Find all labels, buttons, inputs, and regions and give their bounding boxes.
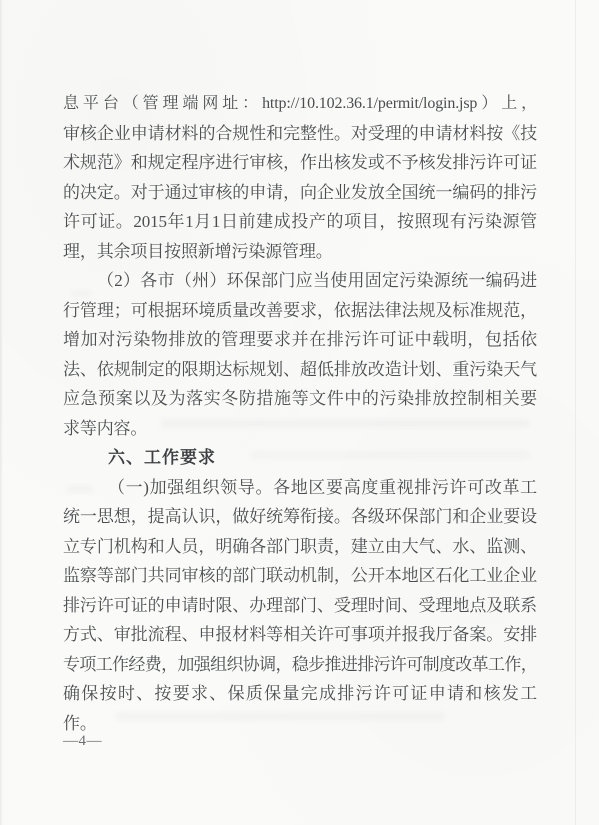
text-line: 许可证。2015年1月1日前建成投产的项目，按照现有污染源管 xyxy=(63,207,537,237)
text-line: 统一思想，提高认识，做好统筹衔接。各级环保部门和企业要设 xyxy=(63,502,537,532)
text-line: 立专门机构和人员，明确各部门职责，建立由大气、水、监测、 xyxy=(63,532,537,562)
text-line: 的决定。对于通过审核的申请，向企业发放全国统一编码的排污 xyxy=(63,178,537,208)
text-line: 专项工作经费，加强组织协调，稳步推进排污许可制度改革工作， xyxy=(63,650,537,680)
text-line: （一)加强组织领导。各地区要高度重视排污许可改革工作， xyxy=(63,473,537,503)
text-line: 确保按时、按要求、保质保量完成排污许可证申请和核发工 xyxy=(63,679,537,709)
text-line: （2）各市（州）环保部门应当使用固定污染源统一编码进 xyxy=(63,266,537,296)
scan-edge-right xyxy=(575,0,576,825)
text-line: 法、依规制定的限期达标规划、超低排放改造计划、重污染天气 xyxy=(63,355,537,385)
text-line: 术规范》和规定程序进行审核，作出核发或不予核发排污许可证 xyxy=(63,148,537,178)
text-line: 息平台（管理端网址：http://10.102.36.1/permit/logi… xyxy=(63,89,537,119)
text-line: 监察等部门共同审核的部门联动机制，公开本地区石化工业企业 xyxy=(63,561,537,591)
text-line: 求等内容。 xyxy=(63,414,537,444)
text-line: 方式、审批流程、申报材料等相关许可事项并报我厅备案。安排 xyxy=(63,620,537,650)
body-text: 息平台（管理端网址：http://10.102.36.1/permit/logi… xyxy=(63,89,537,738)
text-line: 行管理；可根据环境质量改善要求，依据法律法规及标准规范， xyxy=(63,296,537,326)
text-line: 应急预案以及为落实冬防措施等文件中的污染排放控制相关要 xyxy=(63,384,537,414)
text-line: 审核企业申请材料的合规性和完整性。对受理的申请材料按《技 xyxy=(63,119,537,149)
text-line: 排污许可证的申请时限、办理部门、受理时间、受理地点及联系 xyxy=(63,591,537,621)
text-line: 作。 xyxy=(63,709,537,739)
text-line: 增加对污染物排放的管理要求并在排污许可证中载明，包括依 xyxy=(63,325,537,355)
scan-edge-left xyxy=(0,0,3,825)
text-line: 理，其余项目按照新增污染源管理。 xyxy=(63,237,537,267)
section-heading: 六、工作要求 xyxy=(63,443,537,473)
document-page: 息平台（管理端网址：http://10.102.36.1/permit/logi… xyxy=(0,0,599,825)
page-number: —4— xyxy=(63,733,102,750)
